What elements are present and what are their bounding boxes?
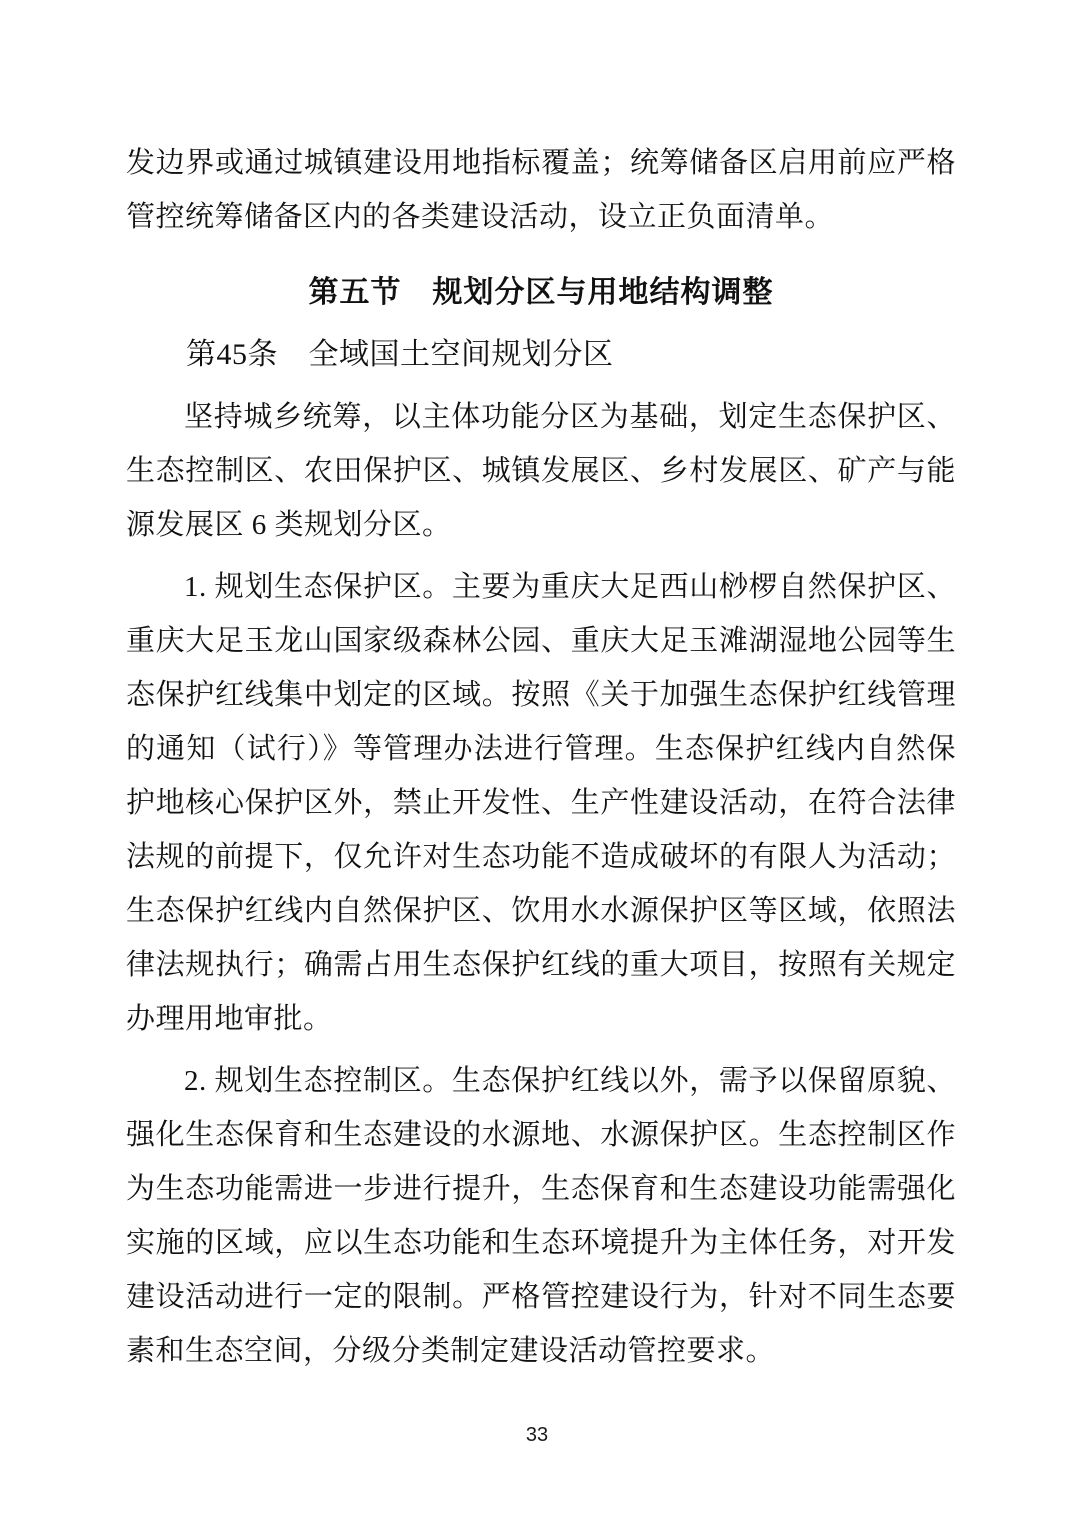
body-paragraph: 坚持城乡统筹，以主体功能分区为基础，划定生态保护区、生态控制区、农田保护区、城镇… (126, 390, 956, 552)
text-content: 发边界或通过城镇建设用地指标覆盖；统筹储备区启用前应严格管控统筹储备区内的各类建… (126, 136, 956, 1378)
continuation-paragraph: 发边界或通过城镇建设用地指标覆盖；统筹储备区启用前应严格管控统筹储备区内的各类建… (126, 136, 956, 244)
body-paragraph: 2. 规划生态控制区。生态保护红线以外，需予以保留原貌、强化生态保育和生态建设的… (126, 1054, 956, 1378)
article-heading: 第45条 全域国土空间规划分区 (126, 328, 956, 382)
document-page: 发边界或通过城镇建设用地指标覆盖；统筹储备区启用前应严格管控统筹储备区内的各类建… (0, 0, 1074, 1520)
page-number: 33 (0, 1424, 1074, 1447)
section-heading: 第五节 规划分区与用地结构调整 (126, 266, 956, 320)
body-paragraph: 1. 规划生态保护区。主要为重庆大足西山桫椤自然保护区、重庆大足玉龙山国家级森林… (126, 560, 956, 1046)
